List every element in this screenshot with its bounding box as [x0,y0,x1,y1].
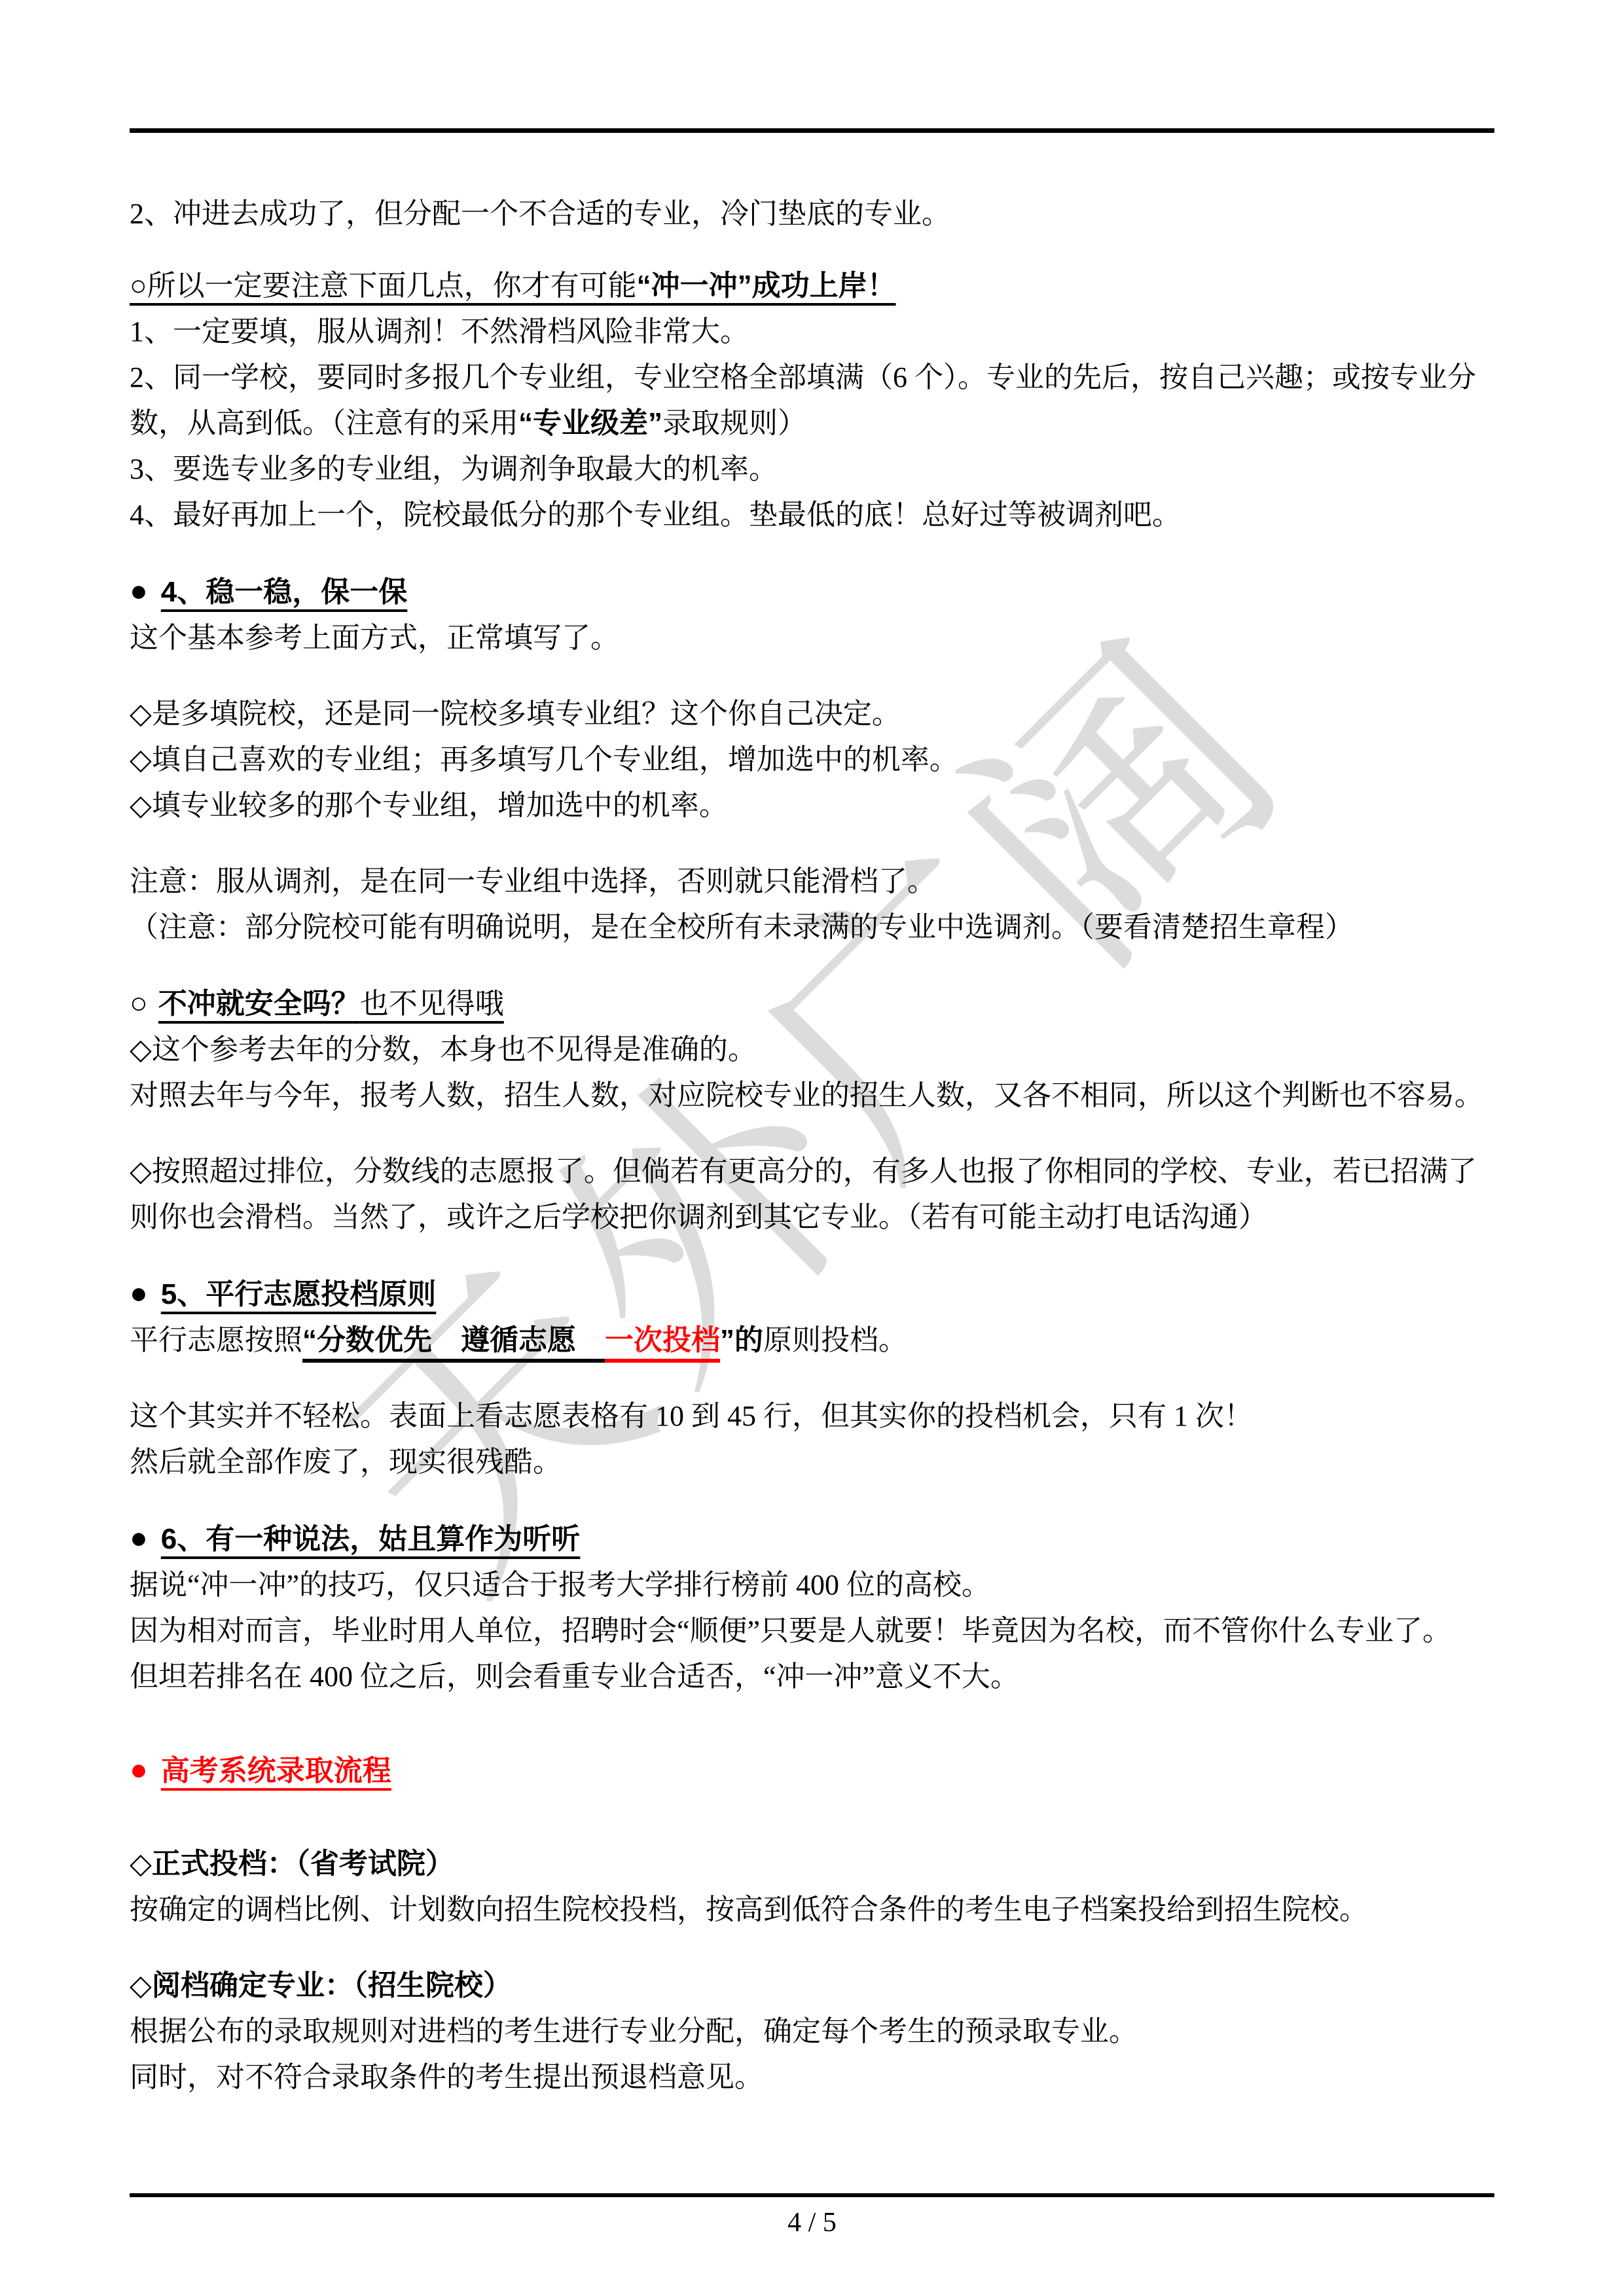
heading-text: 4、稳一稳，保一保 [161,576,407,608]
review-heading: ◇阅档确定专业：（招生院校） [130,1963,1494,2009]
page-number: 4 / 5 [0,2207,1624,2238]
filled-bullet-icon: ● [130,1270,148,1316]
text-run: 录取规则） [662,407,806,439]
emphasis-run: “专业级差” [518,407,662,439]
subheading-text: ◇正式投档：（省考试院） [130,1848,454,1880]
text-run: 这个其实并不轻松。表面上看志愿表格有 10 到 45 行，但其实你的投档机会，只… [130,1400,1253,1432]
blank-line [130,1119,1494,1149]
text-run: 注意：服从调剂，是在同一专业组中选择，否则就只能滑档了。 [130,865,936,897]
blank-line [130,1700,1494,1747]
formal-dispatch-body: 按确定的调档比例、计划数向招生院校投档，按高到低符合条件的考生电子档案投给到招生… [130,1887,1494,1933]
filled-bullet-icon: ● [130,568,148,614]
saying-paragraph-2: 因为相对而言，毕业时用人单位，招聘时会“顺便”只要是人就要！毕竟因为名校，而不管… [130,1608,1494,1654]
blank-line [130,1933,1494,1963]
heading-text: 6、有一种说法，姑且算作为听听 [161,1523,580,1555]
heading-parallel: ●5、平行志愿投档原则 [130,1270,1494,1318]
blank-line [130,1794,1494,1841]
principle-black-run: “分数优先 遵循志愿 [302,1324,605,1356]
stable-body: 这个基本参考上面方式，正常填写了。 [130,615,1494,661]
blank-line [130,950,1494,980]
saying-paragraph-1: 据说“冲一冲”的技巧，仅只适合于报考大学排行榜前 400 位的高校。 [130,1562,1494,1608]
text-run: 据说“冲一冲”的技巧，仅只适合于报考大学排行榜前 400 位的高校。 [130,1569,990,1601]
text-run: 平行志愿按照 [130,1324,302,1356]
filled-bullet-icon-red: ● [130,1747,148,1793]
text-run: 因为相对而言，毕业时用人单位，招聘时会“顺便”只要是人就要！毕竟因为名校，而不管… [130,1615,1451,1647]
heading-admission-process: ●高考系统录取流程 [130,1747,1494,1794]
text-run: 2、冲进去成功了，但分配一个不合适的专业，冷门垫底的专业。 [130,198,950,230]
stable-option-1: ◇是多填院校，还是同一院校多填专业组？这个你自己决定。 [130,691,1494,737]
rush-item-1: 1、一定要填，服从调剂！不然滑档风险非常大。 [130,309,1494,355]
text-run: 根据公布的录取规则对进档的考生进行专业分配，确定每个考生的预录取专业。 [130,2015,1138,2047]
stable-note-2: （注意：部分院校可能有明确说明，是在全校所有未录满的专业中选调剂。（要看清楚招生… [130,905,1494,950]
subheading-text: ◇阅档确定专业：（招生院校） [130,1969,512,2001]
filled-bullet-icon: ● [130,1515,148,1561]
stable-option-2: ◇填自己喜欢的专业组；再多填写几个专业组，增加选中的机率。 [130,737,1494,783]
blank-line [130,538,1494,568]
emphasis-run: “冲一冲” [637,270,752,302]
heading-saying: ●6、有一种说法，姑且算作为听听 [130,1515,1494,1562]
paragraph-intro: 2、冲进去成功了，但分配一个不合适的专业，冷门垫底的专业。 [130,191,1494,237]
hollow-bullet-icon: ○ [130,980,148,1026]
parallel-paragraph-1: 这个其实并不轻松。表面上看志愿表格有 10 到 45 行，但其实你的投档机会，只… [130,1393,1494,1439]
blank-line [130,1240,1494,1270]
emphasis-run: 成功上岸！ [752,270,896,302]
heading-rush-tips: ○所以一定要注意下面几点，你才有可能“冲一冲”成功上岸！ [130,263,1494,309]
principle-red-run: 一次投档 [605,1324,720,1356]
parallel-principle: 平行志愿按照“分数优先 遵循志愿 一次投档”的原则投档。 [130,1318,1494,1363]
safe-paragraph-2: 对照去年与今年，报考人数，招生人数，对应院校专业的招生人数，又各不相同，所以这个… [130,1073,1494,1119]
text-run: ○所以一定要注意下面几点，你才有可能 [130,270,637,302]
stable-option-3: ◇填专业较多的那个专业组，增加选中的机率。 [130,783,1494,829]
saying-paragraph-3: 但坦若排名在 400 位之后，则会看重专业合适否，“冲一冲”意义不大。 [130,1654,1494,1700]
blank-line [130,829,1494,859]
review-body-1: 根据公布的录取规则对进档的考生进行专业分配，确定每个考生的预录取专业。 [130,2009,1494,2054]
heading-text: 高考系统录取流程 [161,1755,391,1787]
footer-rule [130,2193,1494,2197]
text-run: ◇填专业较多的那个专业组，增加选中的机率。 [130,789,728,821]
heading-stable: ●4、稳一稳，保一保 [130,568,1494,615]
blank-line [130,1485,1494,1515]
formal-dispatch-heading: ◇正式投档：（省考试院） [130,1841,1494,1887]
text-run: ◇按照超过排位，分数线的志愿报了。但倘若有更高分的，有多人也报了你相同的学校、专… [130,1155,1477,1233]
text-run: ◇填自己喜欢的专业组；再多填写几个专业组，增加选中的机率。 [130,744,958,776]
text-run: ◇是多填院校，还是同一院校多填专业组？这个你自己决定。 [130,698,901,730]
safe-paragraph-3: ◇按照超过排位，分数线的志愿报了。但倘若有更高分的，有多人也报了你相同的学校、专… [130,1149,1494,1240]
text-run: 1、一定要填，服从调剂！不然滑档风险非常大。 [130,315,749,348]
text-run: 但坦若排名在 400 位之后，则会看重专业合适否，“冲一冲”意义不大。 [130,1660,1019,1693]
text-run: 然后就全部作废了，现实很残酷。 [130,1446,562,1478]
blank-line [130,1363,1494,1393]
header-rule [130,128,1494,133]
text-run: 对照去年与今年，报考人数，招生人数，对应院校专业的招生人数，又各不相同，所以这个… [130,1079,1483,1111]
heading-safe: ○不冲就安全吗？也不见得哦 [130,980,1494,1027]
blank-line [130,661,1494,691]
document-page: 天外广阔 2、冲进去成功了，但分配一个不合适的专业，冷门垫底的专业。 ○所以一定… [0,0,1624,2296]
document-content: 2、冲进去成功了，但分配一个不合适的专业，冷门垫底的专业。 ○所以一定要注意下面… [130,191,1494,2100]
safe-paragraph-1: ◇这个参考去年的分数，本身也不见得是准确的。 [130,1027,1494,1073]
rush-item-3: 3、要选专业多的专业组，为调剂争取最大的机率。 [130,446,1494,492]
text-run: 4、最好再加上一个，院校最低分的那个专业组。垫最低的底！总好过等被调剂吧。 [130,499,1181,531]
heading-text: 不冲就安全吗？ [158,988,360,1020]
text-run: （注意：部分院校可能有明确说明，是在全校所有未录满的专业中选调剂。（要看清楚招生… [130,911,1354,943]
text-run: ◇这个参考去年的分数，本身也不见得是准确的。 [130,1033,757,1066]
text-run: 这个基本参考上面方式，正常填写了。 [130,622,619,654]
blank-line [130,237,1494,263]
rush-item-2: 2、同一学校，要同时多报几个专业组，专业空格全部填满（6 个）。专业的先后，按自… [130,355,1494,446]
text-run: 原则投档。 [763,1324,907,1356]
parallel-paragraph-2: 然后就全部作废了，现实很残酷。 [130,1439,1494,1485]
heading-text-regular: 也不见得哦 [360,988,504,1020]
text-run: 同时，对不符合录取条件的考生提出预退档意见。 [130,2061,763,2093]
rush-item-4: 4、最好再加上一个，院校最低分的那个专业组。垫最低的底！总好过等被调剂吧。 [130,492,1494,538]
review-body-2: 同时，对不符合录取条件的考生提出预退档意见。 [130,2054,1494,2100]
stable-note-1: 注意：服从调剂，是在同一专业组中选择，否则就只能滑档了。 [130,859,1494,905]
text-run: 按确定的调档比例、计划数向招生院校投档，按高到低符合条件的考生电子档案投给到招生… [130,1893,1368,1926]
heading-text: 5、平行志愿投档原则 [161,1278,436,1310]
text-run: 3、要选专业多的专业组，为调剂争取最大的机率。 [130,453,778,485]
emphasis-run: ”的 [720,1324,763,1356]
